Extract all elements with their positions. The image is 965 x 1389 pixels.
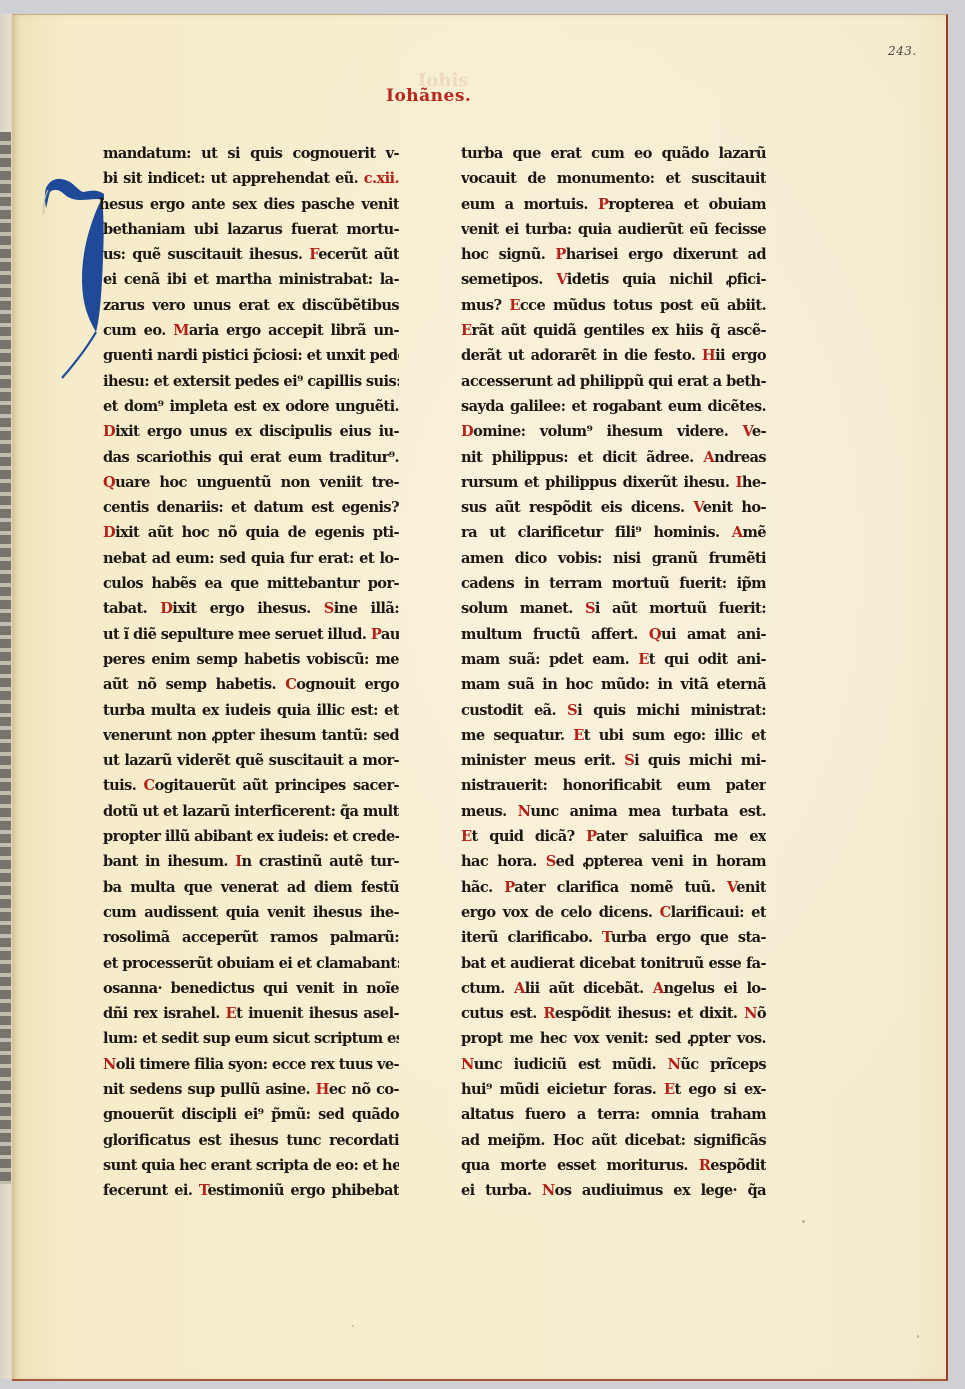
text-line: peres enim semp habetis vobiscũ: me xyxy=(103,647,399,672)
text-segment: mam suã in hoc mũdo: in vitã eternã xyxy=(461,676,766,693)
text-line: altatus fuero a terra: omnia traham xyxy=(461,1102,766,1127)
text-line: culos habẽs ea que mittebantur por- xyxy=(103,571,399,596)
text-segment: ba multa que venerat ad diem festũ xyxy=(103,879,399,896)
text-column-left: mandatum: ut si quis cognouerit v-bi sit… xyxy=(103,141,399,1203)
rubricated-initial: D xyxy=(103,423,115,440)
text-segment: zarus vero unus erat ex discũbẽtibus xyxy=(103,297,399,314)
text-segment: sunt quia hec erant scripta de eo: et he… xyxy=(103,1157,399,1174)
rubricated-initial: Q xyxy=(103,474,115,491)
text-line: us: quẽ suscitauit ihesus. Fecerũt aũt xyxy=(103,242,399,267)
rubricated-initial: E xyxy=(638,651,649,668)
rubricated-initial: E xyxy=(461,828,472,845)
text-segment: bat et audierat dicebat tonitruũ esse fa… xyxy=(461,955,766,972)
text-segment: glorificatus est ihesus tunc recordati xyxy=(103,1132,399,1149)
text-segment: mandatum: ut si quis cognouerit v- xyxy=(103,145,399,162)
text-line: bat et audierat dicebat tonitruũ esse fa… xyxy=(461,951,766,976)
text-segment: idetis quia nichil ꝓfici- xyxy=(567,271,766,288)
text-segment: t quid dicã? xyxy=(472,828,587,845)
text-line: et dom⁹ impleta est ex odore unguẽti. xyxy=(103,394,399,419)
rubricated-initial: D xyxy=(461,423,473,440)
text-segment: espõdit xyxy=(710,1157,766,1174)
rubricated-initial: E xyxy=(573,727,584,744)
text-segment: tuis. xyxy=(103,777,144,794)
text-line: Domine: volum⁹ ihesum videre. Ve- xyxy=(461,419,766,444)
text-segment: custodit eã. xyxy=(461,702,567,719)
text-line: sunt quia hec erant scripta de eo: et he… xyxy=(103,1153,399,1178)
text-segment: ixit ergo unus ex discipulis eius iu- xyxy=(115,423,399,440)
text-segment: cce mũdus totus post eũ abiit. xyxy=(520,297,766,314)
text-line: vocauit de monumento: et suscitauit xyxy=(461,166,766,191)
text-segment: ater saluifica me ex xyxy=(596,828,766,845)
text-line: fecerunt ei. Testimoniũ ergo phibebat xyxy=(103,1178,399,1203)
text-segment: nit philippus: et dicit ãdree. xyxy=(461,449,703,466)
text-segment: lii aũt dicebãt. xyxy=(525,980,653,997)
rubricated-initial: P xyxy=(598,196,608,213)
text-line: bethaniam ubi lazarus fuerat mortu- xyxy=(103,217,399,242)
text-segment: õ xyxy=(757,1005,766,1022)
text-segment: semetipos. xyxy=(461,271,556,288)
text-line: bant in ihesum. In crastinũ autẽ tur- xyxy=(103,849,399,874)
text-segment: cutus est. xyxy=(461,1005,543,1022)
text-segment: das scariothis qui erat eum traditur⁹. xyxy=(103,449,399,466)
text-line: ei cenã ibi et martha ministrabat: la- xyxy=(103,267,399,292)
text-line: multum fructũ affert. Qui amat ani- xyxy=(461,622,766,647)
facing-page-text-strip xyxy=(0,132,11,1184)
rubricated-initial: T xyxy=(602,929,611,946)
text-line: cum audissent quia venit ihesus ihe- xyxy=(103,900,399,925)
text-segment: ogitauerũt aũt principes sacer- xyxy=(155,777,399,794)
text-segment: ergo vox de celo dicens. xyxy=(461,904,660,921)
text-line: hac hora. Sed ꝓpterea veni in horam xyxy=(461,849,766,874)
text-line: nit philippus: et dicit ãdree. Andreas xyxy=(461,445,766,470)
text-segment: ui amat ani- xyxy=(661,626,766,643)
text-segment: larificaui: et xyxy=(671,904,766,921)
text-segment: mẽ xyxy=(742,524,766,541)
text-segment: ii ergo xyxy=(715,347,766,364)
text-segment: bethaniam ubi lazarus fuerat mortu- xyxy=(103,221,399,238)
rubricated-initial: C xyxy=(285,676,296,693)
text-segment: hãc. xyxy=(461,879,504,896)
text-line: hesus ergo ante sex dies pasche venit xyxy=(99,192,399,217)
text-segment: ropterea et obuiam xyxy=(608,196,766,213)
text-line: ut lazarũ viderẽt quẽ suscitauit a mor- xyxy=(103,748,399,773)
rubricated-initial: R xyxy=(699,1157,711,1174)
text-segment: ctum. xyxy=(461,980,514,997)
text-segment: ixit aũt hoc nõ quia de egenis pti- xyxy=(115,524,399,541)
text-line: iterũ clarificabo. Turba ergo que sta- xyxy=(461,925,766,950)
text-segment: hui⁹ mũdi eicietur foras. xyxy=(461,1081,664,1098)
text-segment: nebat ad eum: sed quia fur erat: et lo- xyxy=(103,550,399,567)
text-segment: venerunt non ꝓpter ihesum tantũ: sed xyxy=(103,727,399,744)
text-line: guenti nardi pistici p̃ciosi: et unxit p… xyxy=(103,343,399,368)
rubricated-initial: N xyxy=(668,1056,681,1073)
rubricated-initial: V xyxy=(556,271,566,288)
text-segment: us: quẽ suscitauit ihesus. xyxy=(103,246,309,263)
rubricated-initial: A xyxy=(653,980,664,997)
rubricated-initial: E xyxy=(664,1081,675,1098)
text-line: amen dico vobis: nisi granũ frumẽti xyxy=(461,546,766,571)
text-segment: solum manet. xyxy=(461,600,585,617)
text-line: aũt nõ semp habetis. Cognouit ergo xyxy=(103,672,399,697)
text-segment: i aũt mortuũ fuerit: xyxy=(595,600,766,617)
text-line: mam suã in hoc mũdo: in vitã eternã xyxy=(461,672,766,697)
text-line: nit sedens sup pullũ asine. Hec nõ co- xyxy=(103,1077,399,1102)
text-line: venerunt non ꝓpter ihesum tantũ: sed xyxy=(103,723,399,748)
text-segment: hoc signũ. xyxy=(461,246,555,263)
text-line: Nunc iudiciũ est mũdi. Nũc prĩceps xyxy=(461,1052,766,1077)
text-segment: e- xyxy=(752,423,766,440)
text-line: Et quid dicã? Pater saluifica me ex xyxy=(461,824,766,849)
rubricated-initial: H xyxy=(702,347,715,364)
text-segment: hesus ergo ante sex dies pasche venit xyxy=(99,196,399,213)
text-line: osanna· benedictus qui venit in noĩe xyxy=(103,976,399,1001)
text-segment: n crastinũ autẽ tur- xyxy=(242,853,399,870)
text-segment: amen dico vobis: nisi granũ frumẽti xyxy=(461,550,766,567)
text-line: minister meus erit. Si quis michi mi- xyxy=(461,748,766,773)
text-segment: rãt aũt quidã gentiles ex hiis q̃ ascẽ- xyxy=(472,322,766,339)
rubricated-initial: C xyxy=(660,904,671,921)
text-segment: dñi rex israhel. xyxy=(103,1005,226,1022)
text-segment: ater clarifica nomẽ tuũ. xyxy=(514,879,727,896)
rubricated-initial: N xyxy=(518,803,531,820)
text-line: ei turba. Nos audiuimus ex lege· q̃a xyxy=(461,1178,766,1203)
text-segment: ra ut clarificetur fili⁹ hominis. xyxy=(461,524,732,541)
text-line: Dixit aũt hoc nõ quia de egenis pti- xyxy=(103,520,399,545)
text-segment: propter illũ abibant ex iudeis: et crede… xyxy=(103,828,399,845)
rubricated-initial: H xyxy=(316,1081,329,1098)
text-line: eum a mortuis. Propterea et obuiam xyxy=(461,192,766,217)
text-segment: cum audissent quia venit ihesus ihe- xyxy=(103,904,399,921)
text-column-right: turba que erat cum eo quãdo lazarũvocaui… xyxy=(461,141,766,1203)
rubricated-initial: S xyxy=(567,702,577,719)
text-line: bi sit indicet: ut apprehendat eũ. c.xii… xyxy=(103,166,399,191)
text-segment: ut lazarũ viderẽt quẽ suscitauit a mor- xyxy=(103,752,399,769)
folio-number: 243. xyxy=(888,44,917,58)
text-segment: guenti nardi pistici p̃ciosi: et unxit p… xyxy=(103,347,399,364)
text-line: accesserunt ad philippũ qui erat a beth- xyxy=(461,369,766,394)
rubricated-initial: D xyxy=(160,600,172,617)
text-line: ihesu: et extersit pedes ei⁹ capillis su… xyxy=(103,369,399,394)
text-line: sus aũt respõdit eis dicens. Venit ho- xyxy=(461,495,766,520)
text-line: derãt ut adorarẽt in die festo. Hii ergo xyxy=(461,343,766,368)
text-segment: propt me hec vox venit: sed ꝓpter vos. xyxy=(461,1030,766,1047)
text-segment: ut ĩ diẽ sepulture mee seruet illud. xyxy=(103,626,371,643)
text-segment: aria ergo accepit librã un- xyxy=(189,322,399,339)
text-segment: centis denariis: et datum est egenis? xyxy=(103,499,399,516)
text-segment: lum: et sedit sup eum sicut scriptum est… xyxy=(103,1030,399,1047)
rubricated-initial: N xyxy=(103,1056,116,1073)
rubricated-initial: S xyxy=(624,752,634,769)
text-line: Noli timere filia syon: ecce rex tuus ve… xyxy=(103,1052,399,1077)
text-segment: enit xyxy=(736,879,766,896)
running-head: Iohãnes. xyxy=(386,86,471,106)
text-segment: ei cenã ibi et martha ministrabat: la- xyxy=(103,271,399,288)
text-segment: urba ergo que sta- xyxy=(611,929,766,946)
text-segment: ei turba. xyxy=(461,1182,542,1199)
text-line: tuis. Cogitauerũt aũt principes sacer- xyxy=(103,773,399,798)
text-segment: cum eo. xyxy=(103,322,173,339)
text-segment: ihesu: et extersit pedes ei⁹ capillis su… xyxy=(103,373,399,390)
rubricated-initial: P xyxy=(371,626,381,643)
text-segment: harisei ergo dixerunt ad xyxy=(566,246,766,263)
rubricated-initial: E xyxy=(509,297,520,314)
rubricated-initial: D xyxy=(103,524,115,541)
text-segment: mus? xyxy=(461,297,509,314)
rubricated-initial: A xyxy=(514,980,525,997)
text-segment: he- xyxy=(742,474,766,491)
text-segment: oli timere filia syon: ecce rex tuus ve- xyxy=(116,1056,399,1073)
text-line: propter illũ abibant ex iudeis: et crede… xyxy=(103,824,399,849)
text-segment: i quis michi ministrat: xyxy=(577,702,766,719)
text-line: rosolimã acceperũt ramos palmarũ: xyxy=(103,925,399,950)
text-segment: enit ho- xyxy=(703,499,766,516)
text-segment: bant in ihesum. xyxy=(103,853,235,870)
text-segment: os audiuimus ex lege· q̃a xyxy=(555,1182,766,1199)
rubricated-initial: S xyxy=(324,600,334,617)
text-segment: ngelus ei lo- xyxy=(664,980,766,997)
text-line: mandatum: ut si quis cognouerit v- xyxy=(103,141,399,166)
text-segment: venit ei turba: quia audierũt eũ fecisse xyxy=(461,221,766,238)
text-segment: hac hora. xyxy=(461,853,546,870)
text-segment: mam suã: pdet eam. xyxy=(461,651,638,668)
text-segment: i quis michi mi- xyxy=(634,752,766,769)
text-segment: omine: volum⁹ ihesum videre. xyxy=(473,423,742,440)
text-segment: t ego si ex- xyxy=(675,1081,767,1098)
text-segment: multum fructũ affert. xyxy=(461,626,649,643)
text-segment: culos habẽs ea que mittebantur por- xyxy=(103,575,399,592)
text-line: semetipos. Videtis quia nichil ꝓfici- xyxy=(461,267,766,292)
text-line: ad meip̃m. Hoc aũt dicebat: significãs xyxy=(461,1128,766,1153)
rubricated-initial: S xyxy=(546,853,556,870)
text-line: das scariothis qui erat eum traditur⁹. xyxy=(103,445,399,470)
text-line: meus. Nunc anima mea turbata est. xyxy=(461,799,766,824)
text-segment: peres enim semp habetis vobiscũ: me xyxy=(103,651,399,668)
text-segment: turba multa ex iudeis quia illic est: et xyxy=(103,702,399,719)
text-line: ut ĩ diẽ sepulture mee seruet illud. Pau… xyxy=(103,622,399,647)
rubricated-initial: M xyxy=(173,322,189,339)
text-segment: t qui odit ani- xyxy=(649,651,766,668)
text-segment: minister meus erit. xyxy=(461,752,624,769)
text-line: cutus est. Respõdit ihesus: et dixit. Nõ xyxy=(461,1001,766,1026)
rubricated-initial: T xyxy=(199,1182,208,1199)
chapter-marker: c.xii. xyxy=(364,170,399,187)
text-line: nistrauerit: honorificabit eum pater xyxy=(461,773,766,798)
text-segment: gnouerũt discipli ei⁹ p̃mũ: sed quãdo xyxy=(103,1106,399,1123)
text-line: custodit eã. Si quis michi ministrat: xyxy=(461,698,766,723)
text-line: ergo vox de celo dicens. Clarificaui: et xyxy=(461,900,766,925)
text-line: hãc. Pater clarifica nomẽ tuũ. Venit xyxy=(461,875,766,900)
text-line: ctum. Alii aũt dicebãt. Angelus ei lo- xyxy=(461,976,766,1001)
text-segment: t inuenit ihesus asel- xyxy=(236,1005,399,1022)
text-segment: espõdit ihesus: et dixit. xyxy=(555,1005,744,1022)
rubricated-initial: A xyxy=(732,524,743,541)
rubricated-initial: E xyxy=(461,322,472,339)
rubricated-initial: E xyxy=(226,1005,237,1022)
text-segment: fecerunt ei. xyxy=(103,1182,199,1199)
text-line: glorificatus est ihesus tunc recordati xyxy=(103,1128,399,1153)
text-line: me sequatur. Et ubi sum ego: illic et xyxy=(461,723,766,748)
rubricated-initial: N xyxy=(542,1182,555,1199)
text-line: turba que erat cum eo quãdo lazarũ xyxy=(461,141,766,166)
rubricated-initial: Q xyxy=(649,626,661,643)
text-line: Quare hoc unguentũ non veniit tre- xyxy=(103,470,399,495)
text-segment: dotũ ut et lazarũ interficerent: q̃a mul… xyxy=(103,803,399,820)
text-segment: nit sedens sup pullũ asine. xyxy=(103,1081,316,1098)
text-segment: ũc prĩceps xyxy=(680,1056,766,1073)
paper-speck xyxy=(802,1220,805,1223)
paper-speck xyxy=(352,1325,354,1327)
rubricated-initial: N xyxy=(744,1005,757,1022)
text-segment: eum a mortuis. xyxy=(461,196,598,213)
text-line: qua morte esset moriturus. Respõdit xyxy=(461,1153,766,1178)
text-segment: ed ꝓpterea veni in horam xyxy=(556,853,766,870)
text-segment: estimoniũ ergo phibebat xyxy=(208,1182,400,1199)
text-segment: ec nõ co- xyxy=(329,1081,399,1098)
text-segment: unc anima mea turbata est. xyxy=(530,803,766,820)
text-segment: me sequatur. xyxy=(461,727,573,744)
text-segment: qua morte esset moriturus. xyxy=(461,1157,699,1174)
text-segment: altatus fuero a terra: omnia traham xyxy=(461,1106,766,1123)
rubricated-initial: C xyxy=(144,777,155,794)
rubricated-initial: P xyxy=(586,828,596,845)
text-line: venit ei turba: quia audierũt eũ fecisse xyxy=(461,217,766,242)
text-segment: ine illã: xyxy=(334,600,399,617)
rubricated-initial: P xyxy=(555,246,565,263)
rubricated-initial: V xyxy=(727,879,736,896)
text-line: lum: et sedit sup eum sicut scriptum est… xyxy=(103,1026,399,1051)
text-segment: unc iudiciũ est mũdi. xyxy=(474,1056,668,1073)
text-line: ra ut clarificetur fili⁹ hominis. Amẽ xyxy=(461,520,766,545)
text-line: hui⁹ mũdi eicietur foras. Et ego si ex- xyxy=(461,1077,766,1102)
text-line: hoc signũ. Pharisei ergo dixerunt ad xyxy=(461,242,766,267)
text-line: propt me hec vox venit: sed ꝓpter vos. xyxy=(461,1026,766,1051)
text-line: nebat ad eum: sed quia fur erat: et lo- xyxy=(103,546,399,571)
rubricated-initial: F xyxy=(309,246,318,263)
text-segment: nistrauerit: honorificabit eum pater xyxy=(461,777,766,794)
text-line: sayda galilee: et rogabant eum dicẽtes. xyxy=(461,394,766,419)
text-segment: cadens in terram mortuũ fuerit: ip̃m xyxy=(461,575,766,592)
rubricated-initial: P xyxy=(504,879,514,896)
rubricated-initial: A xyxy=(703,449,714,466)
text-segment: aũt nõ semp habetis. xyxy=(103,676,285,693)
text-segment: ad meip̃m. Hoc aũt dicebat: significãs xyxy=(461,1132,766,1149)
text-line: solum manet. Si aũt mortuũ fuerit: xyxy=(461,596,766,621)
text-line: ba multa que venerat ad diem festũ xyxy=(103,875,399,900)
text-segment: t ubi sum ego: illic et xyxy=(584,727,766,744)
text-line: zarus vero unus erat ex discũbẽtibus xyxy=(103,293,399,318)
text-segment: meus. xyxy=(461,803,518,820)
text-segment: et dom⁹ impleta est ex odore unguẽti. xyxy=(103,398,399,415)
text-segment: bi sit indicet: ut apprehendat eũ. xyxy=(103,170,364,187)
text-segment: vocauit de monumento: et suscitauit xyxy=(461,170,766,187)
text-line: dñi rex israhel. Et inuenit ihesus asel- xyxy=(103,1001,399,1026)
text-segment: rosolimã acceperũt ramos palmarũ: xyxy=(103,929,399,946)
text-segment: ognouit ergo xyxy=(296,676,399,693)
text-segment: ixit ergo ihesus. xyxy=(172,600,323,617)
text-line: tabat. Dixit ergo ihesus. Sine illã: xyxy=(103,596,399,621)
text-line: centis denariis: et datum est egenis? xyxy=(103,495,399,520)
rubricated-initial: R xyxy=(543,1005,555,1022)
text-line: mus? Ecce mũdus totus post eũ abiit. xyxy=(461,293,766,318)
text-line: Dixit ergo unus ex discipulis eius iu- xyxy=(103,419,399,444)
text-segment: iterũ clarificabo. xyxy=(461,929,602,946)
text-line: turba multa ex iudeis quia illic est: et xyxy=(103,698,399,723)
text-segment: derãt ut adorarẽt in die festo. xyxy=(461,347,702,364)
text-line: cadens in terram mortuũ fuerit: ip̃m xyxy=(461,571,766,596)
paper-speck xyxy=(917,1335,919,1338)
text-segment: ndreas xyxy=(714,449,766,466)
text-line: dotũ ut et lazarũ interficerent: q̃a mul… xyxy=(103,799,399,824)
text-segment: sus aũt respõdit eis dicens. xyxy=(461,499,693,516)
text-segment: accesserunt ad philippũ qui erat a beth- xyxy=(461,373,766,390)
text-line: mam suã: pdet eam. Et qui odit ani- xyxy=(461,647,766,672)
text-segment: osanna· benedictus qui venit in noĩe xyxy=(103,980,399,997)
text-line: cum eo. Maria ergo accepit librã un- xyxy=(103,318,399,343)
rubricated-initial: V xyxy=(693,499,702,516)
text-line: rursum et philippus dixerũt ihesu. Ihe- xyxy=(461,470,766,495)
text-segment: rursum et philippus dixerũt ihesu. xyxy=(461,474,736,491)
rubricated-initial: S xyxy=(585,600,595,617)
text-segment: uare hoc unguentũ non veniit tre- xyxy=(115,474,399,491)
text-line: et processerũt obuiam ei et clamabant: xyxy=(103,951,399,976)
text-segment: au- xyxy=(381,626,399,643)
text-line: gnouerũt discipli ei⁹ p̃mũ: sed quãdo xyxy=(103,1102,399,1127)
rubricated-initial: V xyxy=(742,423,751,440)
text-segment: turba que erat cum eo quãdo lazarũ xyxy=(461,145,766,162)
text-segment: et processerũt obuiam ei et clamabant: xyxy=(103,955,399,972)
text-segment: tabat. xyxy=(103,600,160,617)
text-segment: ecerũt aũt xyxy=(318,246,399,263)
text-segment: sayda galilee: et rogabant eum dicẽtes. xyxy=(461,398,766,415)
rubricated-initial: N xyxy=(461,1056,474,1073)
text-line: Erãt aũt quidã gentiles ex hiis q̃ ascẽ- xyxy=(461,318,766,343)
